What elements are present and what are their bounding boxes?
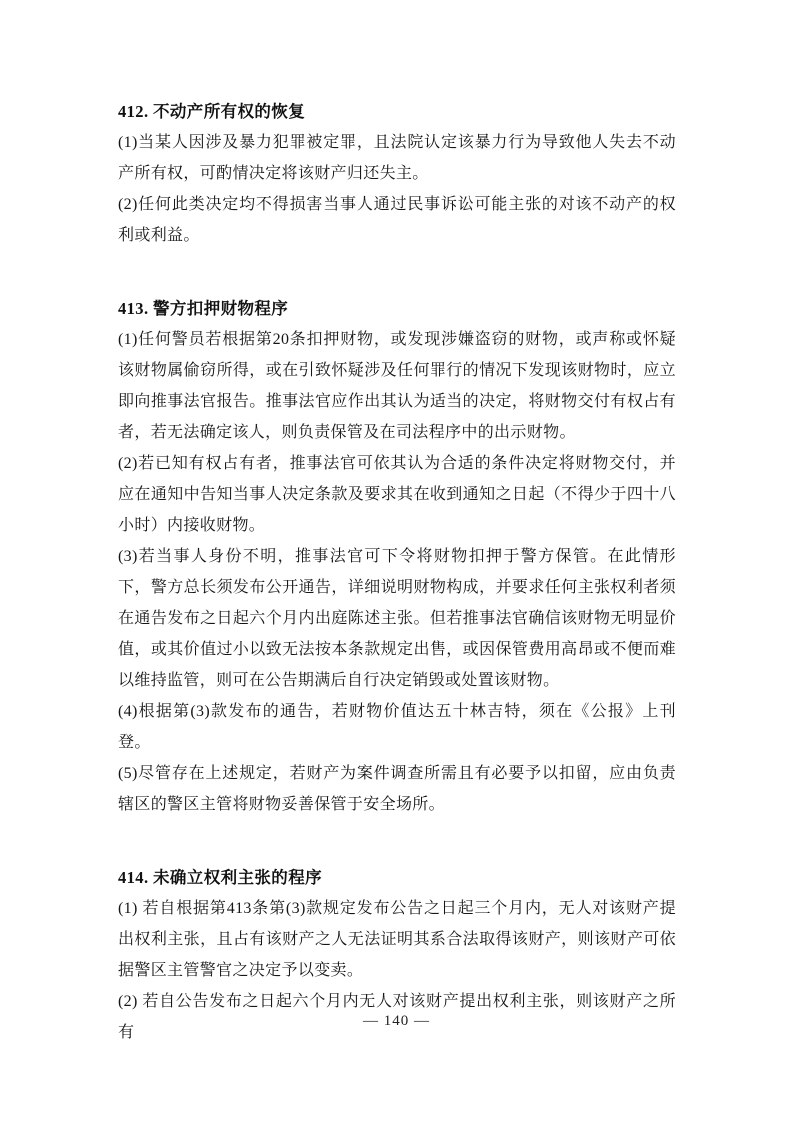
section-413-paragraph-3: (3)若当事人身份不明，推事法官可下令将财物扣押于警方保管。在此情形下，警方总长… bbox=[118, 541, 676, 696]
section-414-heading: 414. 未确立权利主张的程序 bbox=[118, 862, 676, 893]
section-413-paragraph-4: (4)根据第(3)款发布的通告，若财物价值达五十林吉特，须在《公报》上刊登。 bbox=[118, 696, 676, 758]
section-413-paragraph-5: (5)尽管存在上述规定，若财产为案件调查所需且有必要予以扣留，应由负责辖区的警区… bbox=[118, 758, 676, 820]
section-412-heading: 412. 不动产所有权的恢复 bbox=[118, 96, 676, 127]
section-413: 413. 警方扣押财物程序 (1)任何警员若根据第20条扣押财物，或发现涉嫌盗窃… bbox=[118, 293, 676, 820]
document-body: 412. 不动产所有权的恢复 (1)当某人因涉及暴力犯罪被定罪，且法院认定该暴力… bbox=[118, 96, 676, 1048]
section-414-paragraph-1: (1) 若自根据第413条第(3)款规定发布公告之日起三个月内，无人对该财产提出… bbox=[118, 893, 676, 986]
section-412-paragraph-1: (1)当某人因涉及暴力犯罪被定罪，且法院认定该暴力行为导致他人失去不动产所有权，… bbox=[118, 127, 676, 189]
section-413-heading: 413. 警方扣押财物程序 bbox=[118, 293, 676, 324]
section-413-paragraph-1: (1)任何警员若根据第20条扣押财物，或发现涉嫌盗窃的财物，或声称或怀疑该财物属… bbox=[118, 324, 676, 448]
document-page: 412. 不动产所有权的恢复 (1)当某人因涉及暴力犯罪被定罪，且法院认定该暴力… bbox=[0, 0, 793, 1122]
page-number: — 140 — bbox=[0, 1008, 793, 1034]
section-412-paragraph-2: (2)任何此类决定均不得损害当事人通过民事诉讼可能主张的对该不动产的权利或利益。 bbox=[118, 189, 676, 251]
section-412: 412. 不动产所有权的恢复 (1)当某人因涉及暴力犯罪被定罪，且法院认定该暴力… bbox=[118, 96, 676, 251]
section-413-paragraph-2: (2)若已知有权占有者，推事法官可依其认为合适的条件决定将财物交付，并应在通知中… bbox=[118, 448, 676, 541]
